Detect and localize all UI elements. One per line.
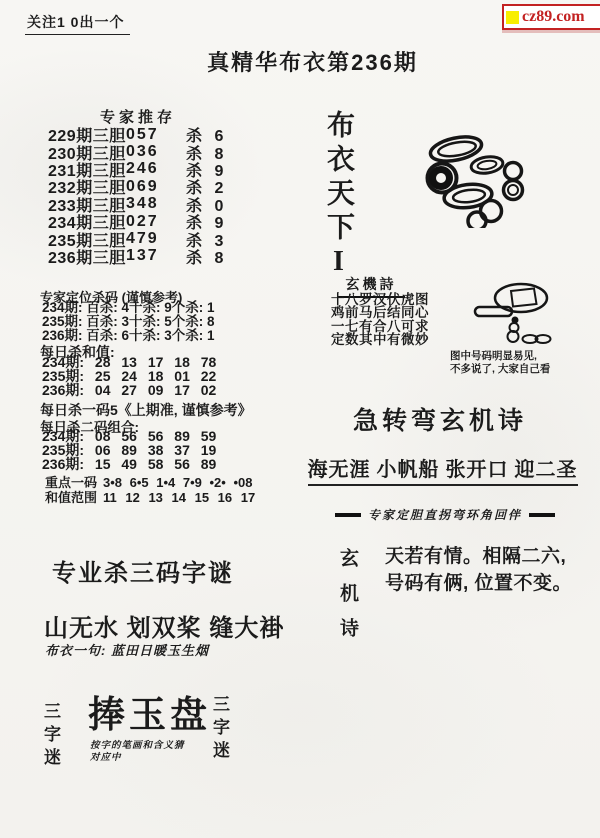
mystic-verse-text: 天若有情。相隔二六, 号码有俩, 位置不变。 [385, 543, 572, 597]
logo-yellow-square-icon [506, 11, 519, 24]
mystic-poem-lines: 十八罗汉伏虎图 鸡前马后结同心 一七有合八可求 定数其中有微妙 [331, 293, 429, 347]
hand-drawn-circles-sketch [424, 128, 534, 228]
dan-cell: 027 [126, 213, 174, 231]
position-kill-rows: 234期: 百杀: 4十杀: 9个杀: 1 235期: 百杀: 3十杀: 5个杀… [42, 301, 215, 342]
dan-cell: 036 [126, 143, 174, 161]
note-line: 对应中 [90, 752, 185, 764]
mystic-verse-vertical-label: 玄机诗 [334, 548, 361, 653]
dan-cell: 057 [126, 126, 174, 144]
dan-cell: 479 [126, 230, 174, 248]
divider-text: 专家定胆直拐弯环角回伴 [368, 506, 522, 523]
daily-pair-kill-rows: 234期: 08 56 56 89 59 235期: 06 89 38 37 1… [42, 429, 216, 472]
divider-dash [335, 513, 361, 517]
caption-line: 图中号码明显易见, [450, 350, 550, 363]
list-item: 235期: 06 89 38 37 19 [42, 443, 216, 457]
attention-note: 关注1 0出一个 [25, 12, 130, 35]
list-item: 236期: 百杀: 6十杀: 3个杀: 1 [42, 329, 215, 343]
poem-line: 定数其中有微妙 [331, 333, 429, 346]
three-char-riddle-right-label: 三字迷 [207, 695, 232, 764]
expert-record-table: 229期三胆057杀 6 230期三胆036杀 8 231期三胆246杀 9 2… [48, 126, 223, 265]
list-item: 236期: 04 27 09 17 02 [42, 384, 216, 398]
three-char-riddle-left-label: 三字迷 [38, 702, 63, 771]
logo-text: cz89.com [522, 9, 585, 25]
page-title: 真精华布衣第236期 [0, 46, 600, 77]
dan-cell: 137 [126, 247, 174, 265]
caption-line: 不多说了, 大家自己看 [450, 363, 550, 376]
kill-three-code-verse: 山无水 划双桨 缝大褂 [44, 608, 284, 643]
sum-range-line: 和值范围11 12 13 14 15 16 17 [45, 487, 255, 506]
buyi-one-sentence: 布衣一句: 蓝田日暖玉生烟 [45, 640, 209, 659]
three-char-riddle-note: 按字的笔画和含义猜 对应中 [90, 740, 185, 764]
dan-cell: 348 [126, 195, 174, 213]
list-item: 235期: 百杀: 3十杀: 5个杀: 8 [42, 315, 215, 329]
buyi-sentence-label: 布衣一句: [45, 643, 106, 658]
three-char-riddle-word: 捧玉盘 [88, 684, 211, 738]
kill-cell: 杀 8 [186, 245, 223, 268]
list-item: 236期: 15 49 58 56 89 [42, 457, 216, 471]
scanned-lottery-chart-page: 关注1 0出一个 cz89.com 真精华布衣第236期 专家推存 229期三胆… [0, 0, 600, 838]
verse-text: 海无涯 小帆船 张开口 迎二圣 [308, 459, 578, 486]
list-item: 234期: 百杀: 4十杀: 9个杀: 1 [42, 301, 215, 315]
coin-sketch [472, 282, 552, 348]
divider-dash [529, 513, 555, 517]
buyi-sentence-text: 蓝田日暖玉生烟 [111, 643, 209, 658]
verse-line: 天若有情。相隔二六, [385, 543, 572, 570]
poem-line: 鸡前马后结同心 [331, 306, 429, 319]
note-line: 按字的笔画和含义猜 [90, 740, 185, 752]
dan-cell: 246 [126, 160, 174, 178]
daily-sum-kill-rows: 234期: 28 13 17 18 78 235期: 25 24 18 01 2… [42, 356, 216, 397]
dan-cell: 069 [126, 178, 174, 196]
sum-range-label: 和值范围 [45, 490, 97, 505]
list-item: 234期: 08 56 56 89 59 [42, 429, 216, 443]
sharp-turn-poem-title: 急转弯玄机诗 [300, 401, 580, 437]
buyi-tianxia-vertical-title: 布衣天下I [318, 110, 358, 283]
kill-three-code-title: 专业杀三码字谜 [52, 553, 234, 588]
verse-line: 号码有俩, 位置不变。 [385, 570, 572, 597]
expert-divider: 专家定胆直拐弯环角回伴 [300, 506, 590, 523]
site-logo[interactable]: cz89.com [502, 4, 600, 30]
sharp-turn-verse: 海无涯 小帆船 张开口 迎二圣 [300, 453, 585, 482]
coin-sketch-caption: 图中号码明显易见, 不多说了, 大家自己看 [450, 350, 550, 376]
sum-range-value: 11 12 13 14 15 16 17 [103, 490, 255, 505]
table-row: 236期三胆137杀 8 [48, 248, 223, 265]
period-cell: 236期三胆 [48, 245, 126, 268]
